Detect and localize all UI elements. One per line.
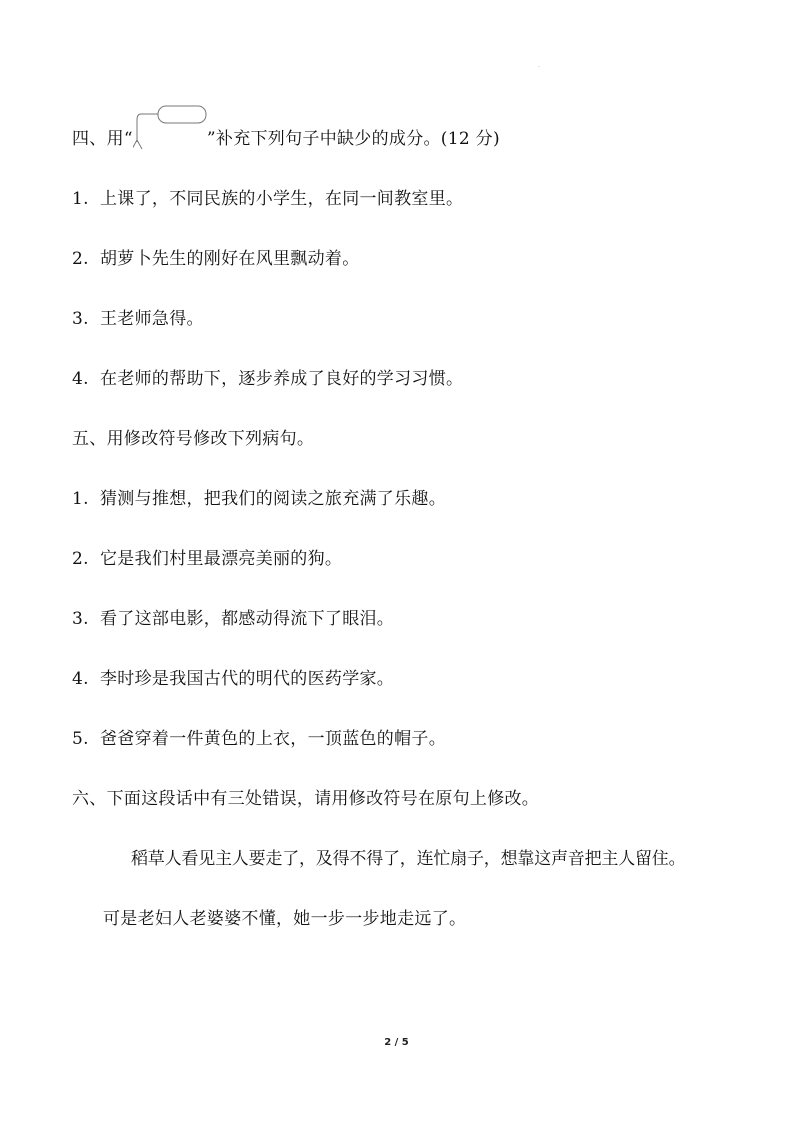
item-number: 4.: [72, 368, 100, 390]
item-number: 2.: [72, 248, 100, 270]
item-number: 1.: [72, 188, 100, 210]
insert-caret-icon: [133, 128, 207, 150]
item-text: 李时珍是我国古代的明代的医药学家。: [100, 669, 394, 689]
section-six-paragraph-line-2: 可是老妇人老婆婆不懂，她一步一步地走远了。: [103, 908, 466, 930]
section-four-item-2: 2.胡萝卜先生的刚好在风里飘动着。: [72, 248, 360, 270]
section-four-item-3: 3.王老师急得。: [72, 308, 204, 330]
item-text: 王老师急得。: [100, 309, 204, 329]
section-five-item-1: 1.猜测与推想，把我们的阅读之旅充满了乐趣。: [72, 488, 446, 510]
item-number: 1.: [72, 488, 100, 510]
item-text: 胡萝卜先生的刚好在风里飘动着。: [100, 249, 360, 269]
item-text: 它是我们村里最漂亮美丽的狗。: [100, 549, 342, 569]
item-text: 看了这部电影，都感动得流下了眼泪。: [100, 609, 394, 629]
item-text: 爸爸穿着一件黄色的上衣，一顶蓝色的帽子。: [100, 729, 446, 749]
item-number: 2.: [72, 548, 100, 570]
section-five-item-4: 4.李时珍是我国古代的明代的医药学家。: [72, 668, 394, 690]
item-number: 3.: [72, 308, 100, 330]
item-number: 5.: [72, 728, 100, 750]
item-number: 3.: [72, 608, 100, 630]
section-four-heading-prefix: 四、用“: [72, 129, 133, 149]
page-indicator: 2 / 5: [0, 1037, 793, 1048]
section-five-item-3: 3.看了这部电影，都感动得流下了眼泪。: [72, 608, 394, 630]
item-number: 4.: [72, 668, 100, 690]
section-five-item-5: 5.爸爸穿着一件黄色的上衣，一顶蓝色的帽子。: [72, 728, 446, 750]
section-six-paragraph-line-1: 稻草人看见主人要走了，及得不得了，连忙扇子，想靠这声音把主人留住。: [131, 848, 685, 870]
item-text: 在老师的帮助下，逐步养成了良好的学习习惯。: [100, 369, 463, 389]
corner-mark: ·: [538, 64, 540, 70]
item-text: 上课了，不同民族的小学生，在同一间教室里。: [100, 189, 463, 209]
section-four-heading-suffix: ”补充下列句子中缺少的成分。(12 分): [207, 129, 500, 149]
section-five-item-2: 2.它是我们村里最漂亮美丽的狗。: [72, 548, 342, 570]
section-four-item-1: 1.上课了，不同民族的小学生，在同一间教室里。: [72, 188, 463, 210]
section-four-heading: 四、用“”补充下列句子中缺少的成分。(12 分): [72, 128, 500, 150]
section-six-heading: 六、下面这段话中有三处错误，请用修改符号在原句上修改。: [72, 788, 539, 810]
document-page: · 四、用“”补充下列句子中缺少的成分。(12 分) 1.上课了，不同民族的小学…: [0, 0, 793, 1122]
section-four-item-4: 4.在老师的帮助下，逐步养成了良好的学习习惯。: [72, 368, 463, 390]
section-five-heading: 五、用修改符号修改下列病句。: [72, 428, 314, 450]
item-text: 猜测与推想，把我们的阅读之旅充满了乐趣。: [100, 489, 446, 509]
